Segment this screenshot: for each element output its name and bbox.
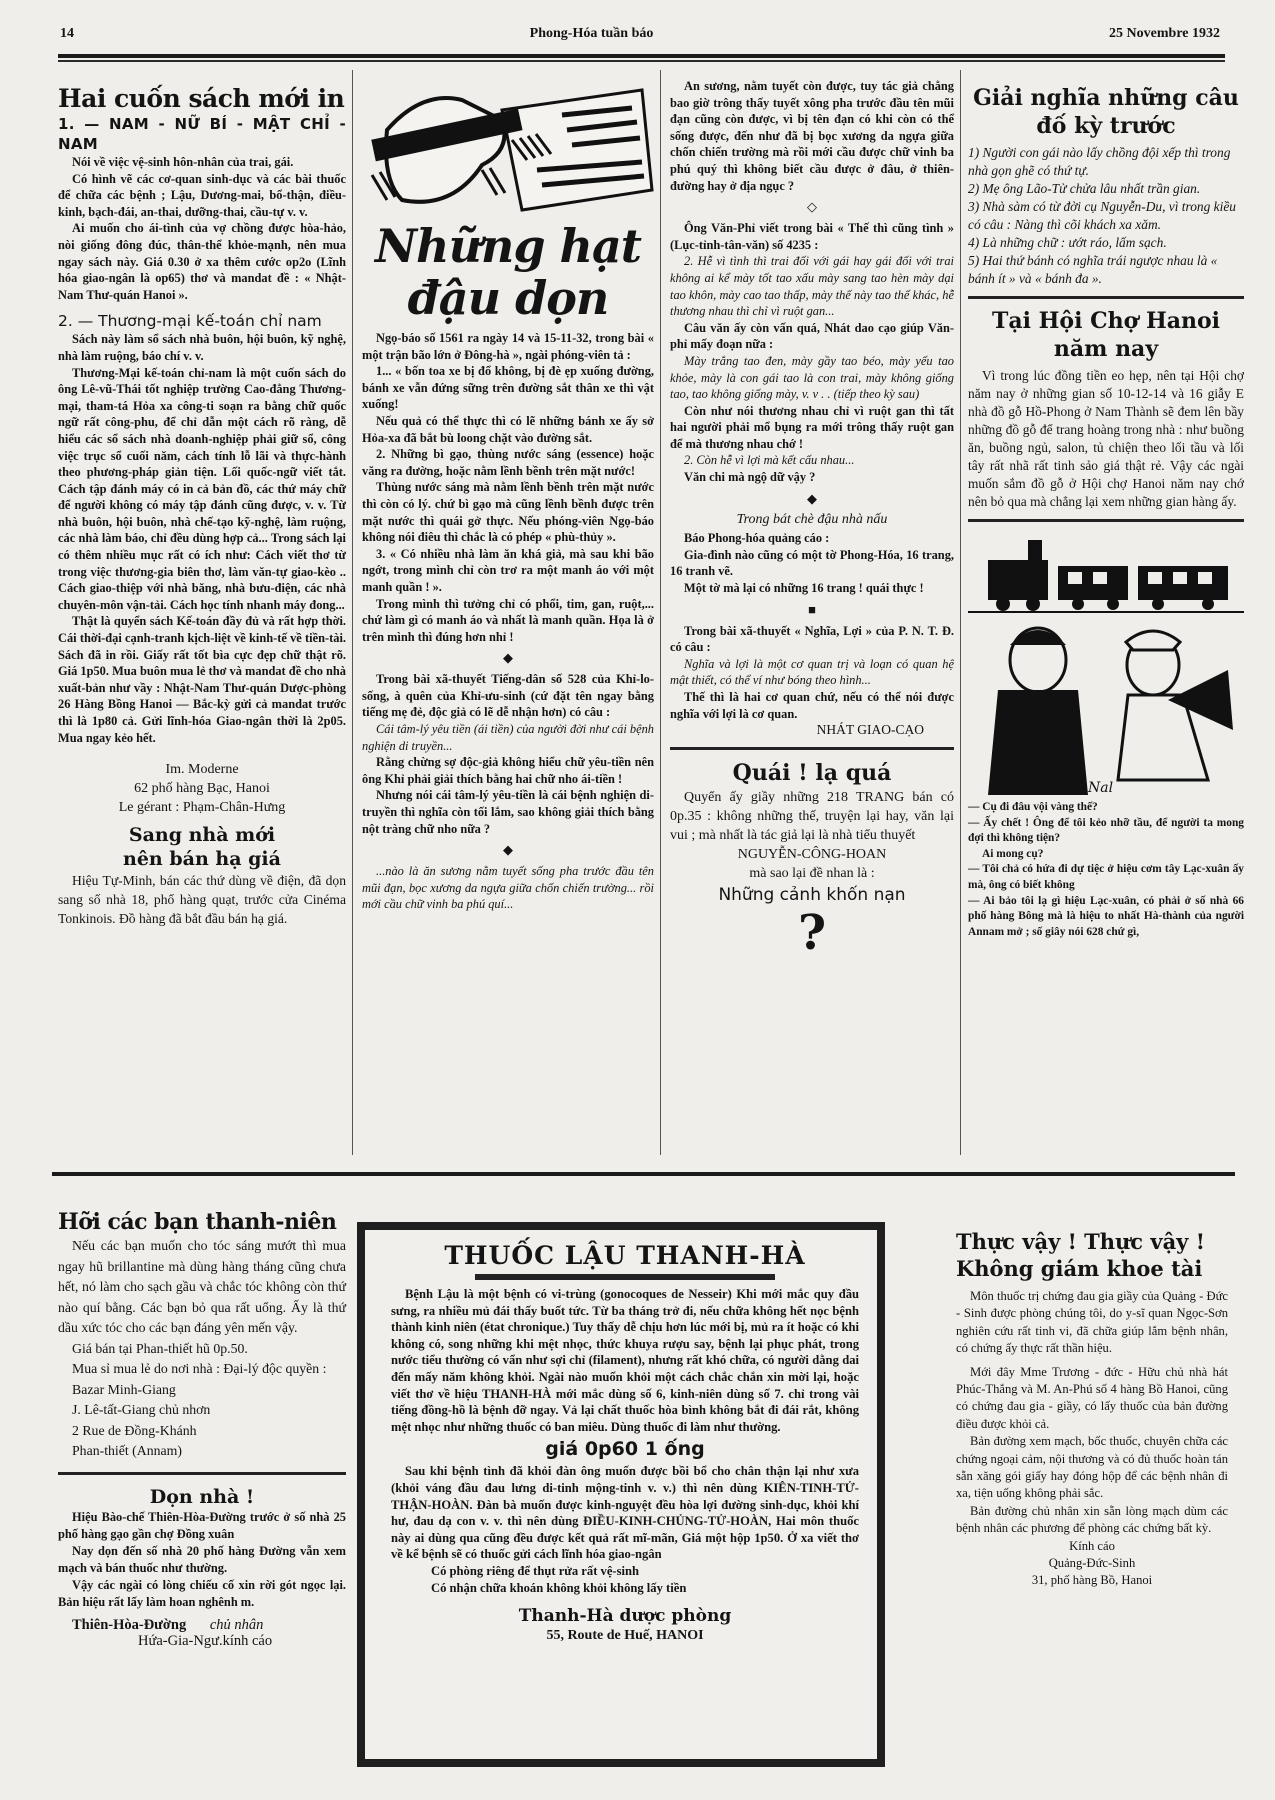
riddle-answer: 2) Mẹ ông Lão-Tử chửa lâu nhất trần gian… (968, 180, 1244, 198)
riddle-answer: 1) Người con gái nào lấy chồng đội xếp t… (968, 144, 1244, 180)
train-cartoon-icon: Nal (968, 530, 1244, 800)
masthead-rule-thin (58, 60, 1225, 62)
ad-sign: Kính cáo (956, 1538, 1228, 1555)
ad-note: Có phòng riêng để thụt rửa rất vệ-sinh (391, 1563, 859, 1580)
article-title-script: đậu dọn (362, 272, 654, 324)
ad-body: Nếu các bạn muốn cho tóc sáng mướt thì m… (58, 1236, 346, 1339)
book2-heading: 2. — Thương-mại kế-toán chỉ nam (58, 311, 346, 331)
article-title-script: Những hạt (362, 220, 654, 272)
ad-body: Sau khi bệnh tình đã khỏi đàn ông muốn đ… (391, 1463, 859, 1563)
pharmacy-ad: Thực vậy ! Thực vậy ! Không giám khoe tà… (956, 1228, 1228, 1589)
cartoon-dialogue: — Ấy chết ! Ông để tôi kẻo nhỡ tầu, để n… (968, 816, 1244, 847)
cartoon-dialogue: — Ai bảo tôi lạ gì hiệu Lạc-xuân, có phả… (968, 894, 1244, 941)
paragraph: Trong mình thì tưởng chỉ có phổi, tim, g… (362, 596, 654, 646)
printer-name: Im. Moderne (58, 760, 346, 779)
cartoon-dialogue: — Tôi chả có hứa đi dự tiệc ở hiệu cơm t… (968, 862, 1244, 893)
section-rule (58, 1472, 346, 1475)
fair-body: Vì trong lúc đồng tiền eo hẹp, nên tại H… (968, 367, 1244, 511)
ad-title: THUỐC LẬU THANH-HÀ (391, 1240, 859, 1272)
square-separator-icon: ■ (670, 601, 954, 619)
ad-body: Mới đây Mme Trương - đức - Hữu chủ nhà h… (956, 1364, 1228, 1434)
riddles-title: Giải nghĩa những câu (968, 84, 1244, 112)
masthead: 14 Phong-Hóa tuần báo 25 Novembre 1932 (60, 26, 1220, 48)
paragraph: Trong bài xã-thuyết Tiếng-dân số 528 của… (362, 671, 654, 721)
cartoon-illustration: Nal (968, 530, 1244, 800)
book-ad-title: Quái ! lạ quá (670, 758, 954, 788)
column-divider (352, 70, 353, 1155)
fair-title: năm nay (968, 335, 1244, 363)
paragraph: Một tờ mà lại có những 16 trang ! quái t… (670, 580, 954, 597)
riddles-title: đố kỳ trước (968, 112, 1244, 140)
manager-name: Le gérant : Phạm-Chân-Hưng (58, 798, 346, 817)
diamond-separator-icon: ◆ (362, 649, 654, 667)
sign-role: chủ nhân (210, 1617, 264, 1633)
column-divider (960, 70, 961, 1155)
quote: 2. Hễ vì tình thì trai đối với gái hay g… (670, 253, 954, 319)
medicine-ad-box: THUỐC LẬU THANH-HÀ Bệnh Lậu là một bệnh … (357, 1222, 885, 1767)
quote: Nghĩa và lợi là một cơ quan trị và loạn … (670, 656, 954, 689)
riddle-answer: 4) Là những chữ : ướt ráo, lấm sạch. (968, 234, 1244, 252)
paragraph: Thế thì là hai cơ quan chứ, nếu có thể n… (670, 689, 954, 722)
author-signature: NHÁT GIAO-CẠO (670, 722, 954, 739)
ad-address: 55, Route de Huế, HANOI (391, 1628, 859, 1645)
title-underline (475, 1274, 775, 1280)
printer-address: 62 phố hàng Bạc, Hanoi (58, 779, 346, 798)
book-ad-body: Quyển ấy giầy những 218 TRANG bán có 0p.… (670, 788, 954, 845)
imprint: Im. Moderne 62 phố hàng Bạc, Hanoi Le gé… (58, 760, 346, 817)
paragraph: 3. « Có nhiều nhà làm ăn khá giả, mà sau… (362, 546, 654, 596)
diamond-separator-icon: ◆ (362, 841, 654, 859)
moving-notice-body: Vậy các ngài có lòng chiếu cố xin rời gó… (58, 1577, 346, 1611)
question-mark-icon: ? (670, 907, 954, 959)
book-ad-line: mà sao lại đề nhan là : (670, 864, 954, 883)
book2-text: Thương-Mại kế-toán chỉ-nam là một cuốn s… (58, 365, 346, 614)
moving-ad-title: Sang nhà mới (58, 823, 346, 847)
moving-notice-signature: Thiên-Hòa-Đường chủ nhân (58, 1617, 346, 1634)
moving-notice-body: Nay dọn đến số nhà 20 phố hàng Đường vẫn… (58, 1543, 346, 1577)
ad-body: Bản đường chủ nhân xin sẵn lòng mạch dùm… (956, 1503, 1228, 1538)
section-rule (968, 296, 1244, 299)
paragraph: Gia-đình nào cũng có một tờ Phong-Hóa, 1… (670, 547, 954, 580)
column-riddles-fair: Giải nghĩa những câu đố kỳ trước 1) Ngườ… (968, 84, 1244, 940)
book1-heading: 1. — NAM - NỮ BÍ - MẬT CHỈ - NAM (58, 114, 346, 154)
ad-sign: 31, phố hàng Bồ, Hanoi (956, 1572, 1228, 1589)
book1-text: Nói về việc vệ-sinh hôn-nhân của trai, g… (58, 154, 346, 171)
sign-name: Thiên-Hòa-Đường (72, 1617, 186, 1633)
paragraph: 2. Những bì gạo, thùng nước sáng (essenc… (362, 446, 654, 479)
moving-ad-body: Hiệu Tự-Minh, bán các thứ dùng về điện, … (58, 871, 346, 928)
brillantine-ad: Hỡi các bạn thanh-niên Nếu các bạn muốn … (58, 1208, 346, 1650)
moving-notice-title: Dọn nhà ! (58, 1485, 346, 1509)
cartoon-dialogue: Ai mong cụ? (968, 847, 1244, 863)
book-ad-book-title: Những cảnh khốn nạn (670, 883, 954, 907)
ad-body: Bản đường xem mạch, bốc thuốc, chuyên ch… (956, 1433, 1228, 1503)
moving-notice-body: Hiệu Bào-chế Thiên-Hòa-Đường trước ở số … (58, 1509, 346, 1543)
diamond-separator-icon: ◇ (670, 198, 954, 216)
paragraph: Trong bài xã-thuyết « Nghĩa, Lợi » của P… (670, 623, 954, 656)
ad-price: giá 0p60 1 ống (391, 1437, 859, 1461)
paragraph: Ông Văn-Phỉ viết trong bài « Thế thì cũn… (670, 220, 954, 253)
paragraph: Ngọ-báo số 1561 ra ngày 14 và 15-11-32, … (362, 330, 654, 363)
ad-title: Không giám khoe tài (956, 1255, 1228, 1282)
moving-ad-title: nên bán hạ giá (58, 847, 346, 871)
ad-body: Môn thuốc trị chứng đau gia giầy của Quả… (956, 1288, 1228, 1358)
sign-line: Hứa-Gia-Ngư.kính cáo (58, 1633, 346, 1650)
diamond-separator-icon: ◆ (670, 490, 954, 508)
paragraph: Báo Phong-hóa quảng cáo : (670, 530, 954, 547)
column-divider (660, 70, 661, 1155)
ad-dealer-line: J. Lê-tất-Giang chủ nhơn (58, 1400, 346, 1421)
section-rule (968, 519, 1244, 522)
column-critiques: An sương, nằm tuyết còn được, tuy tác gi… (670, 78, 954, 959)
ad-price: Giá bán tại Phan-thiết hũ 0p.50. (58, 1339, 346, 1360)
book1-text: Có hình vẽ các cơ-quan sinh-dục và các b… (58, 171, 346, 221)
hand-writing-illustration (362, 70, 654, 220)
paper-title: Phong-Hóa tuần báo (530, 26, 654, 42)
fair-title: Tại Hội Chợ Hanoi (968, 307, 1244, 335)
svg-text:Nal: Nal (1087, 780, 1113, 796)
newspaper-page: 14 Phong-Hóa tuần báo 25 Novembre 1932 H… (0, 0, 1275, 1800)
paragraph: Câu văn ấy còn vấn quá, Nhát dao cạo giú… (670, 320, 954, 353)
column-books: Hai cuốn sách mới in 1. — NAM - NỮ BÍ - … (58, 84, 346, 928)
quote: ...nào là ăn sương nằm tuyết sống pha tr… (362, 863, 654, 913)
book-ad-author: NGUYỄN-CÔNG-HOAN (670, 845, 954, 864)
cartoon-dialogue: — Cụ đi đâu vội vàng thế? (968, 800, 1244, 816)
issue-date: 25 Novembre 1932 (1109, 26, 1220, 42)
article-title: Hai cuốn sách mới in (58, 84, 346, 114)
pen-hand-icon (362, 70, 654, 220)
subheading: Trong bát chè đậu nhà nấu (670, 512, 954, 529)
book2-text: Thật là quyển sách Kế-toán đầy đủ và rất… (58, 613, 346, 746)
quote: Cái tâm-lý yêu tiền (ái tiền) của người … (362, 721, 654, 754)
paragraph: Rằng chừng sợ độc-giả không hiểu chữ yêu… (362, 754, 654, 787)
book1-text: Ai muốn cho ái-tình của vợ chồng được hò… (58, 220, 346, 303)
riddle-answer: 3) Nhà sàm có từ đời cụ Nguyễn-Du, vì tr… (968, 198, 1244, 234)
section-rule (670, 747, 954, 750)
book2-text: Sách này làm sổ sách nhà buôn, hội buôn,… (58, 331, 346, 364)
ad-title: Thực vậy ! Thực vậy ! (956, 1228, 1228, 1255)
ad-dealer-intro: Mua sỉ mua lẻ do nơi nhà : Đại-lý độc qu… (58, 1359, 346, 1380)
paragraph: Nhưng nói cái tâm-lý yêu-tiền là cái bện… (362, 787, 654, 837)
masthead-rule (58, 54, 1225, 58)
riddle-answer: 5) Hai thứ bánh có nghĩa trái ngược nhau… (968, 252, 1244, 288)
ad-sign: Quảng-Đức-Sinh (956, 1555, 1228, 1572)
paragraph: 1... « bốn toa xe bị đổ không, bị đè ẹp … (362, 363, 654, 413)
section-rule (52, 1172, 1235, 1176)
ad-dealer-line: Phan-thiết (Annam) (58, 1441, 346, 1462)
ad-note: Có nhận chữa khoán không khỏi không lấy … (391, 1580, 859, 1597)
paragraph: Văn chi mà ngộ dữ vậy ? (670, 469, 954, 486)
paragraph: Thùng nước sáng mà nằm lềnh bềnh trên mặ… (362, 479, 654, 545)
ad-dealer-line: Bazar Minh-Giang (58, 1380, 346, 1401)
page-number: 14 (60, 26, 74, 42)
ad-body: Bệnh Lậu là một bệnh có vi-trùng (gonoco… (391, 1286, 859, 1435)
ad-title: Hỡi các bạn thanh-niên (58, 1208, 346, 1236)
paragraph: Nếu quả có thể thực thì có lẽ những bánh… (362, 413, 654, 446)
quote: Mày trắng tao đen, mày gầy tao béo, mày … (670, 353, 954, 403)
column-news-quips: Những hạt đậu dọn Ngọ-báo số 1561 ra ngà… (362, 70, 654, 913)
ad-firm: Thanh-Hà dược phòng (391, 1604, 859, 1628)
quote: 2. Còn hễ vì lợi mà kết cấu nhau... (670, 452, 954, 469)
ad-dealer-line: 2 Rue de Đồng-Khánh (58, 1421, 346, 1442)
paragraph: Còn như nói thương nhau chỉ vì ruột gan … (670, 403, 954, 453)
paragraph: An sương, nằm tuyết còn được, tuy tác gi… (670, 78, 954, 194)
